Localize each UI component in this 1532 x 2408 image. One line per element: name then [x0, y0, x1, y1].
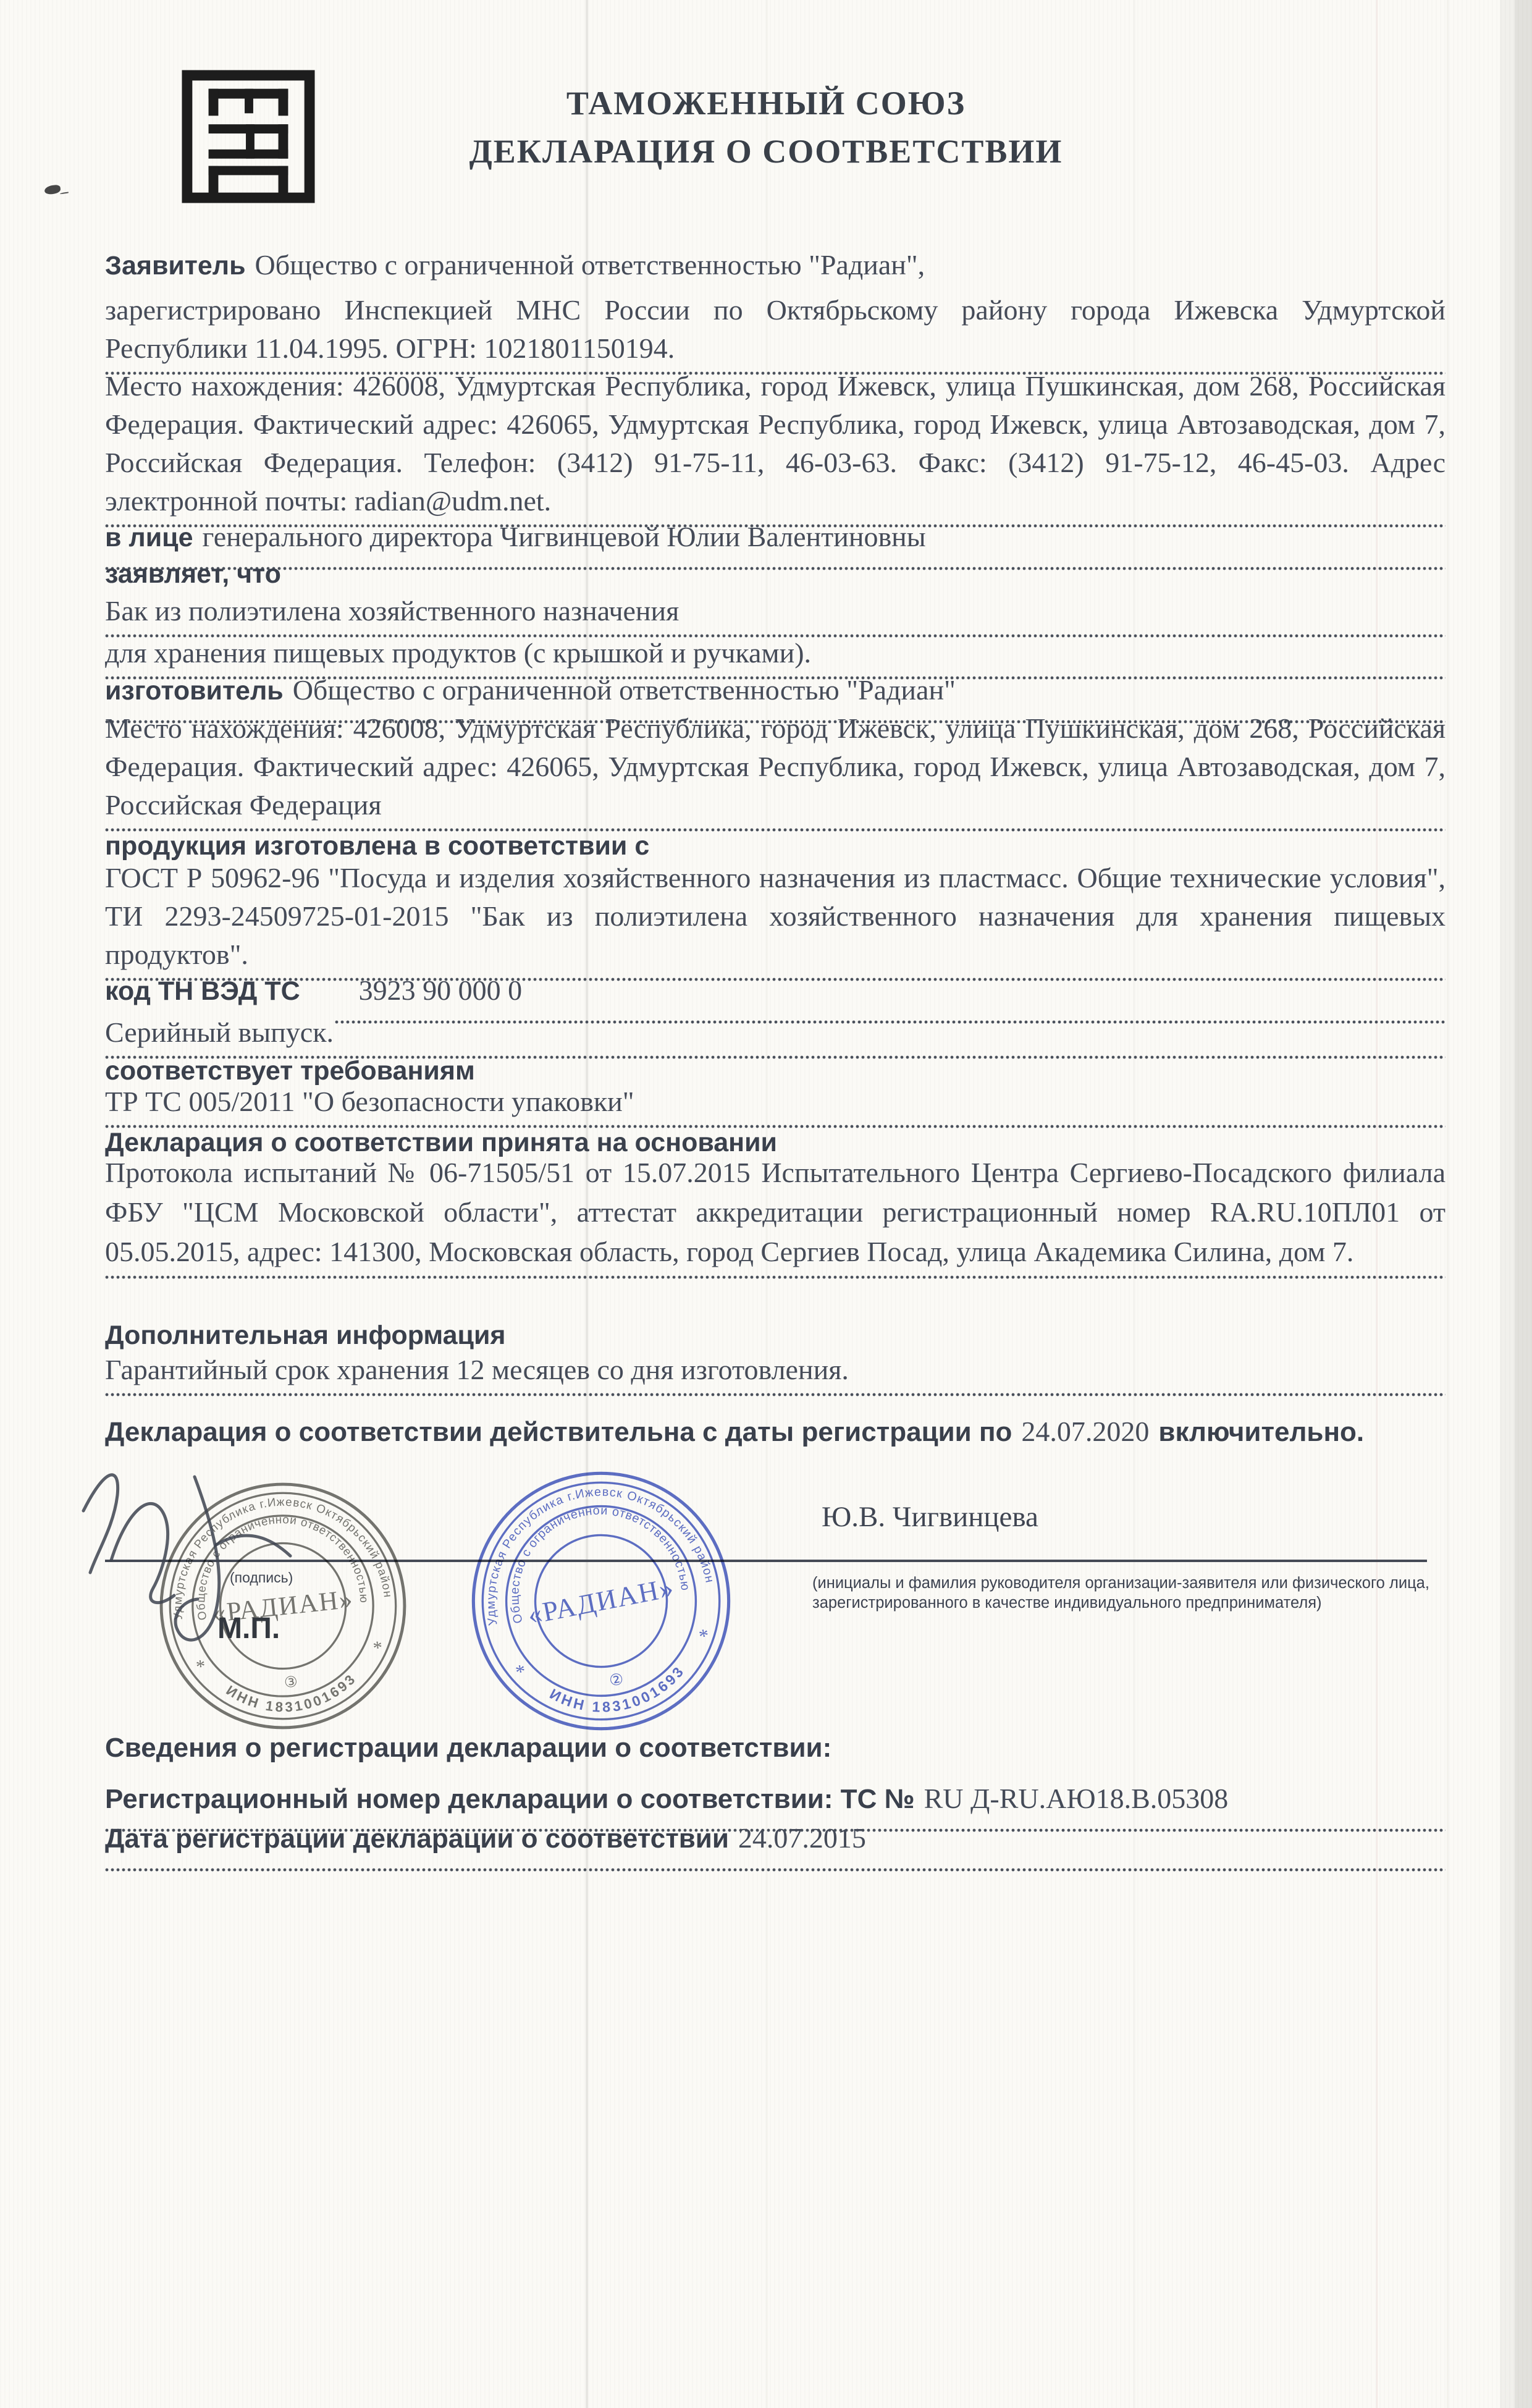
- registration-info-section: Сведения о регистрации декларации о соот…: [105, 1729, 1446, 1773]
- manufacturer-label: изготовитель: [105, 676, 284, 706]
- declaration-document: ТАМОЖЕННЫЙ СОЮЗ ДЕКЛАРАЦИЯ О СООТВЕТСТВИ…: [0, 0, 1532, 2408]
- page-right-edge: [1500, 0, 1515, 2408]
- registration-date-value: 24.07.2015: [738, 1822, 866, 1854]
- additional-text-section: Гарантийный срок хранения 12 месяцев со …: [105, 1351, 1446, 1398]
- dotted-rule: [105, 1392, 1446, 1398]
- page-right-edge-shadow: [1515, 0, 1532, 2408]
- document-title: ТАМОЖЕННЫЙ СОЮЗ ДЕКЛАРАЦИЯ О СООТВЕТСТВИ…: [0, 79, 1532, 175]
- additional-label: Дополнительная информация: [105, 1320, 506, 1350]
- applicant-address-section: Место нахождения: 426008, Удмуртская Рес…: [105, 367, 1446, 529]
- stamp-number: ②: [608, 1670, 625, 1690]
- manufacturer-address: Место нахождения: 426008, Удмуртская Рес…: [105, 709, 1446, 824]
- validity-suffix: включительно.: [1158, 1417, 1364, 1447]
- applicant-name: Общество с ограниченной ответственностью…: [255, 249, 925, 281]
- title-line-1: ТАМОЖЕННЫЙ СОЮЗ: [0, 79, 1532, 127]
- meets-text: ТР ТС 005/2011 "О безопасности упаковки": [105, 1083, 1446, 1121]
- applicant-label: Заявитель: [105, 251, 246, 281]
- basis-text-section: Протокола испытаний № 06-71505/51 от 15.…: [105, 1153, 1446, 1280]
- tnved-code: 3923 90 000 0: [359, 974, 523, 1006]
- signer-caption: (инициалы и фамилия руководителя организ…: [812, 1573, 1476, 1613]
- validity-date: 24.07.2020: [1021, 1416, 1149, 1447]
- scan-streak: [1447, 0, 1449, 2408]
- meets-text-section: ТР ТС 005/2011 "О безопасности упаковки": [105, 1083, 1446, 1130]
- registration-info-label: Сведения о регистрации декларации о соот…: [105, 1733, 831, 1763]
- registration-number-label: Регистрационный номер декларации о соотв…: [105, 1784, 915, 1814]
- made-per-label: продукция изготовлена в соответствии с: [105, 831, 649, 861]
- declares-label: заявляет, что: [105, 559, 281, 589]
- gost-section: ГОСТ Р 50962-96 "Посуда и изделия хозяйс…: [105, 859, 1446, 982]
- manufacturer-address-section: Место нахождения: 426008, Удмуртская Рес…: [105, 709, 1446, 833]
- signer-name: Ю.В. Чигвинцева: [822, 1500, 1038, 1534]
- basis-text: Протокола испытаний № 06-71505/51 от 15.…: [105, 1153, 1446, 1272]
- registration-date-section: Дата регистрации декларации о соответств…: [105, 1819, 1446, 1873]
- product-section-1: Бак из полиэтилена хозяйственного назнач…: [105, 592, 1446, 639]
- registration-date-label: Дата регистрации декларации о соответств…: [105, 1823, 729, 1854]
- serial-text: Серийный выпуск.: [105, 1013, 1446, 1052]
- in-person-text: генерального директора Чигвинцевой Юлии …: [202, 521, 925, 552]
- applicant-registration: зарегистрировано Инспекцией МНС России п…: [105, 291, 1446, 368]
- validity-section: Декларация о соответствии действительна …: [105, 1413, 1446, 1458]
- registration-number-value: RU Д-RU.АЮ18.В.05308: [924, 1783, 1229, 1814]
- ink-speck: [44, 184, 61, 195]
- signature: [68, 1452, 550, 1693]
- validity-prefix: Декларация о соответствии действительна …: [105, 1417, 1012, 1447]
- applicant-section: ЗаявительОбщество с ограниченной ответст…: [105, 246, 1446, 376]
- dotted-rule: [105, 1274, 1446, 1280]
- meets-label: соответствует требованиям: [105, 1056, 475, 1086]
- title-line-2: ДЕКЛАРАЦИЯ О СООТВЕТСТВИИ: [0, 127, 1532, 175]
- additional-text: Гарантийный срок хранения 12 месяцев со …: [105, 1351, 1446, 1389]
- applicant-address: Место нахождения: 426008, Удмуртская Рес…: [105, 367, 1446, 520]
- product-line-2: для хранения пищевых продуктов (с крышко…: [105, 634, 1446, 672]
- dotted-rule: [105, 1867, 1446, 1873]
- manufacturer-name: Общество с ограниченной ответственностью…: [293, 674, 956, 706]
- product-line-1: Бак из полиэтилена хозяйственного назнач…: [105, 592, 1446, 630]
- stamp-star: *: [697, 1624, 711, 1647]
- tnved-label: код ТН ВЭД ТС: [105, 976, 300, 1006]
- gost-text: ГОСТ Р 50962-96 "Посуда и изделия хозяйс…: [105, 859, 1446, 974]
- in-person-label: в лице: [105, 523, 193, 552]
